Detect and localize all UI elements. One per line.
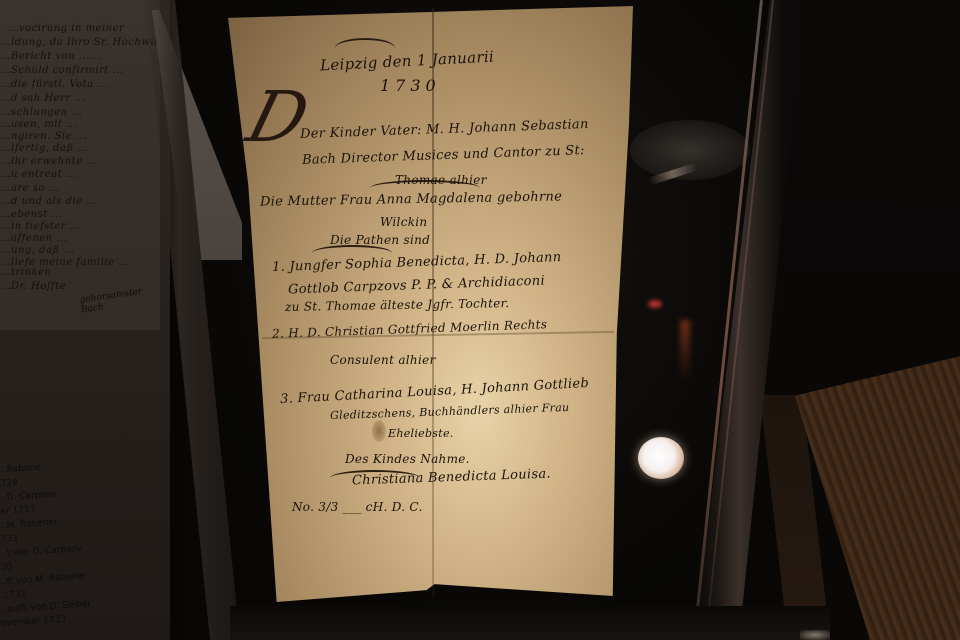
- letter-line: ...ihr erwehnte ...: [0, 157, 97, 166]
- left-handwritten-letter: ...vocirung in meiner ...ldung, da Ihro …: [0, 0, 160, 330]
- document-year: 1730: [380, 76, 441, 95]
- letter-line: ...trinken: [0, 268, 51, 277]
- display-case-bottom-edge: [230, 606, 830, 640]
- letter-line: ...ngiren. Sie ...: [0, 132, 87, 141]
- letter-line: ...vocirung in meiner: [8, 24, 124, 33]
- exhibit-captions: ...Rabene ...728 ...D. Carpzov ...er 172…: [0, 460, 100, 628]
- orange-light-reflection: [680, 320, 690, 380]
- letter-line: ...ebenst ...: [0, 210, 63, 219]
- letter-line: ...d sah Herr ...: [0, 94, 85, 103]
- document-line: Des Kindes Nahme.: [345, 452, 470, 466]
- bottom-light-glint: [800, 630, 830, 640]
- letter-line: ...d und als die ...: [0, 197, 97, 206]
- document-line: Eheliebste.: [388, 427, 454, 440]
- document-line: Die Pathen sind: [330, 233, 430, 247]
- left-exhibit-panel: ...vocirung in meiner ...ldung, da Ihro …: [0, 0, 170, 640]
- document-reference-number: No. 3/3 ___ cH. D. C.: [292, 500, 423, 514]
- letter-line: ...ung, daß ...: [0, 246, 74, 255]
- letter-line: ...affenen ...: [0, 234, 67, 243]
- letter-line: ...die fürstl. Vota ...: [0, 80, 108, 89]
- document-line: Consulent alhier: [330, 353, 436, 367]
- letter-line: ...liefe meine familie ...: [0, 258, 129, 267]
- letter-signature: gehorsamster Bach: [79, 285, 161, 316]
- spotlight-reflection: [638, 437, 684, 479]
- letter-line: ...Dr. Hoffte: [0, 282, 66, 291]
- letter-line: ...in tiefster ...: [0, 222, 81, 231]
- red-light-reflection: [648, 300, 662, 308]
- letter-line: ...Bericht von ......: [0, 52, 101, 61]
- letter-line: ...u entreat ...: [0, 170, 77, 179]
- letter-line: ...schlungen ...: [0, 108, 82, 117]
- document-line: Thomae alhier: [395, 173, 487, 187]
- document-ink-stain: [372, 420, 386, 442]
- letter-line: ...lfertig, daß ...: [0, 144, 88, 153]
- letter-line: ...Schuld confirmirt ...: [0, 66, 124, 75]
- document-line: Wilckin: [380, 215, 427, 229]
- letter-line: ...usen, mit ...: [0, 120, 77, 129]
- letter-line: ...are so ...: [0, 184, 60, 193]
- museum-display-scene: ...vocirung in meiner ...ldung, da Ihro …: [0, 0, 960, 640]
